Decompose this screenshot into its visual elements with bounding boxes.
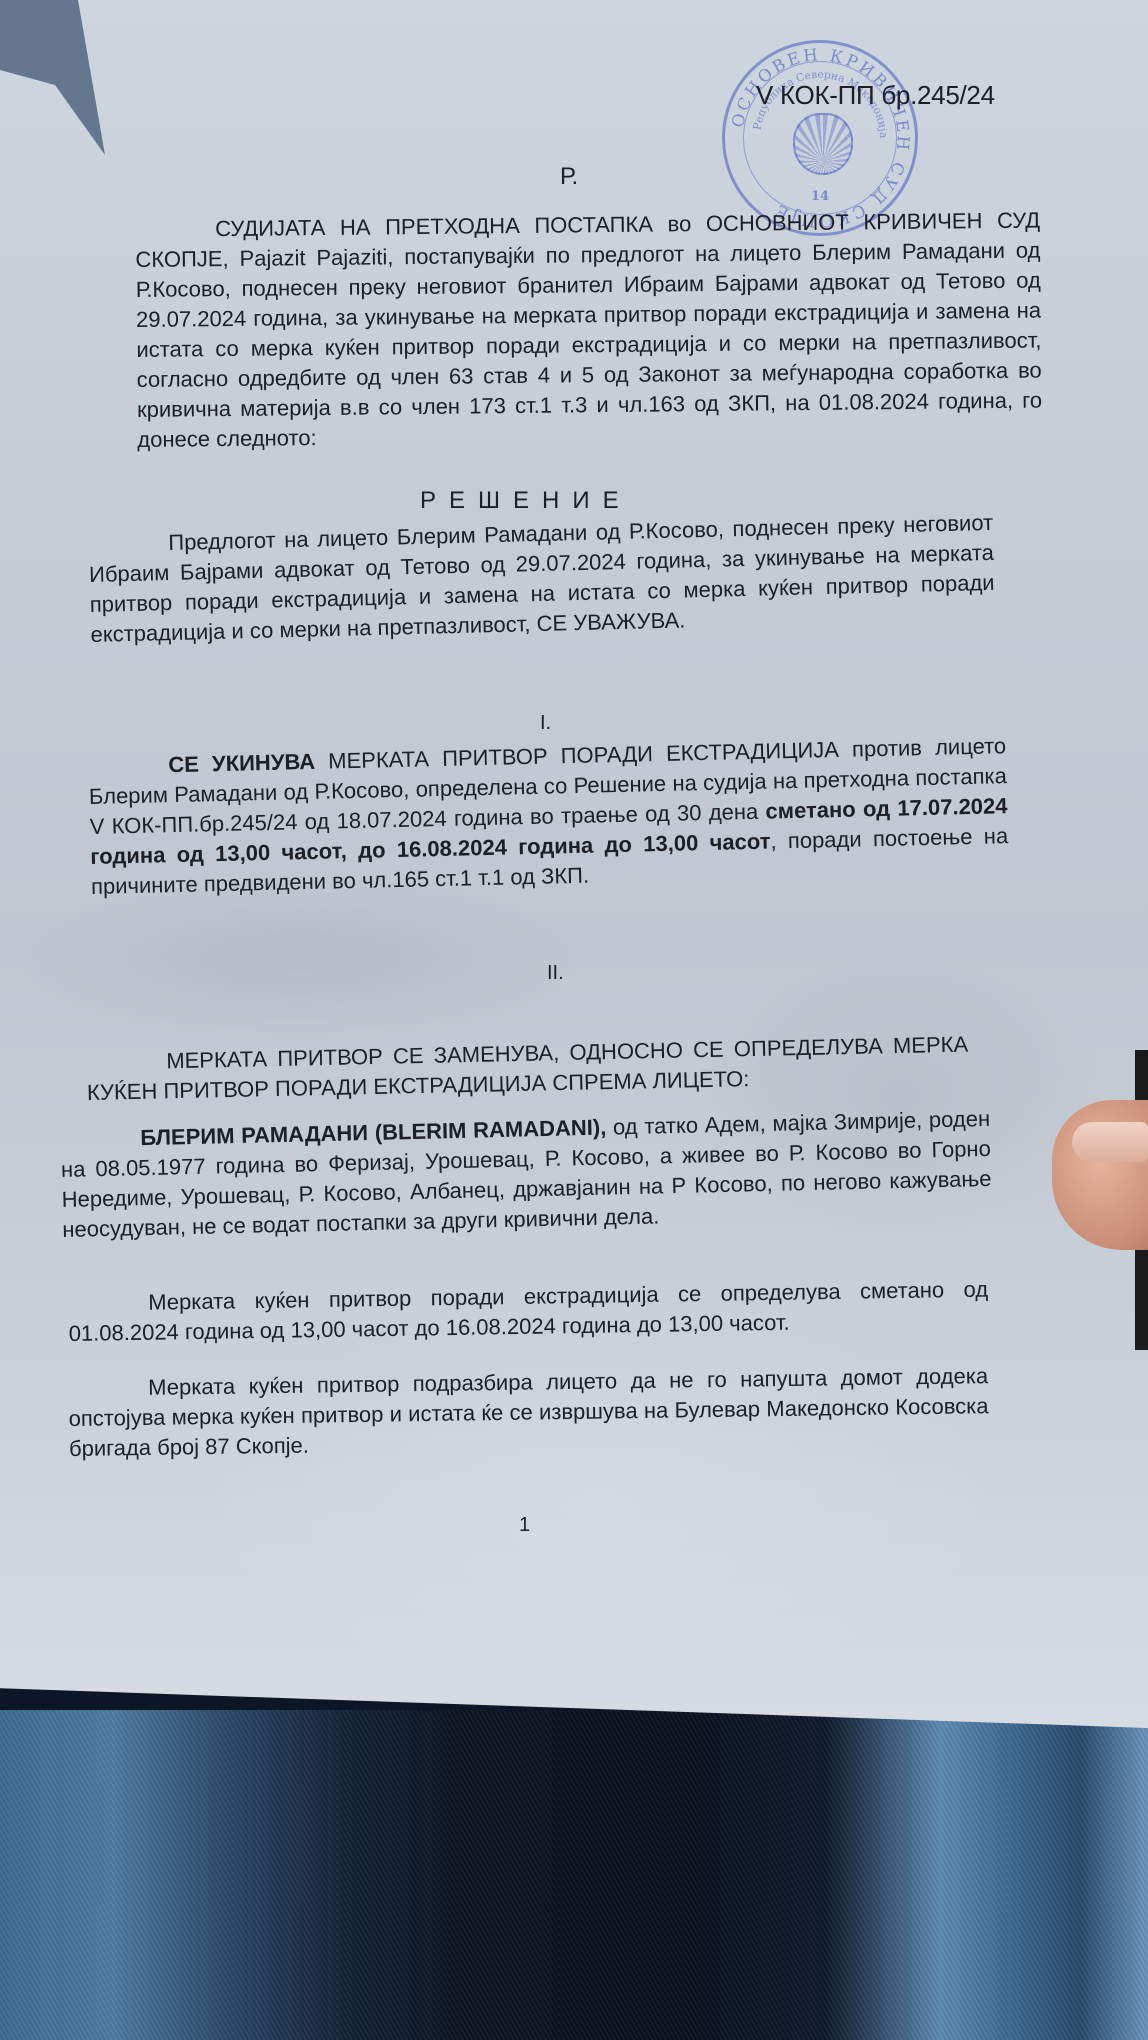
page-number: 1: [519, 1510, 530, 1540]
denim-background: [0, 1710, 1148, 2040]
case-number: V КОК-ПП бр.245/24: [756, 80, 995, 110]
ruling-heading: РЕШЕНИЕ: [420, 486, 632, 516]
intro-paragraph: СУДИЈАТА НА ПРЕТХОДНА ПОСТАПКА во ОСНОВН…: [135, 206, 1042, 455]
house-arrest-address-paragraph: Мерката куќен притвор подразбира лицето …: [68, 1361, 989, 1464]
document-type: Р.: [560, 162, 578, 192]
stamp-number: 14: [725, 189, 915, 204]
section-1-label: I.: [540, 708, 551, 738]
person-details-paragraph: БЛЕРИМ РАМАДАНИ (BLERIM RAMADANI), од та…: [60, 1104, 992, 1245]
photo-scene: ОСНОВЕН КРИВИЧЕН СУД СКОПЈЕ Република Се…: [0, 0, 1148, 2040]
section-2-label: II.: [547, 958, 564, 988]
thumbnail-nail: [1072, 1122, 1148, 1162]
ruling-paragraph: Предлогот на лицето Блерим Рамадани од Р…: [88, 508, 996, 650]
section-1-paragraph: СЕ УКИНУВА МЕРКАТА ПРИТВОР ПОРАДИ ЕКСТРА…: [88, 731, 1009, 902]
coat-of-arms-icon: [793, 113, 853, 175]
